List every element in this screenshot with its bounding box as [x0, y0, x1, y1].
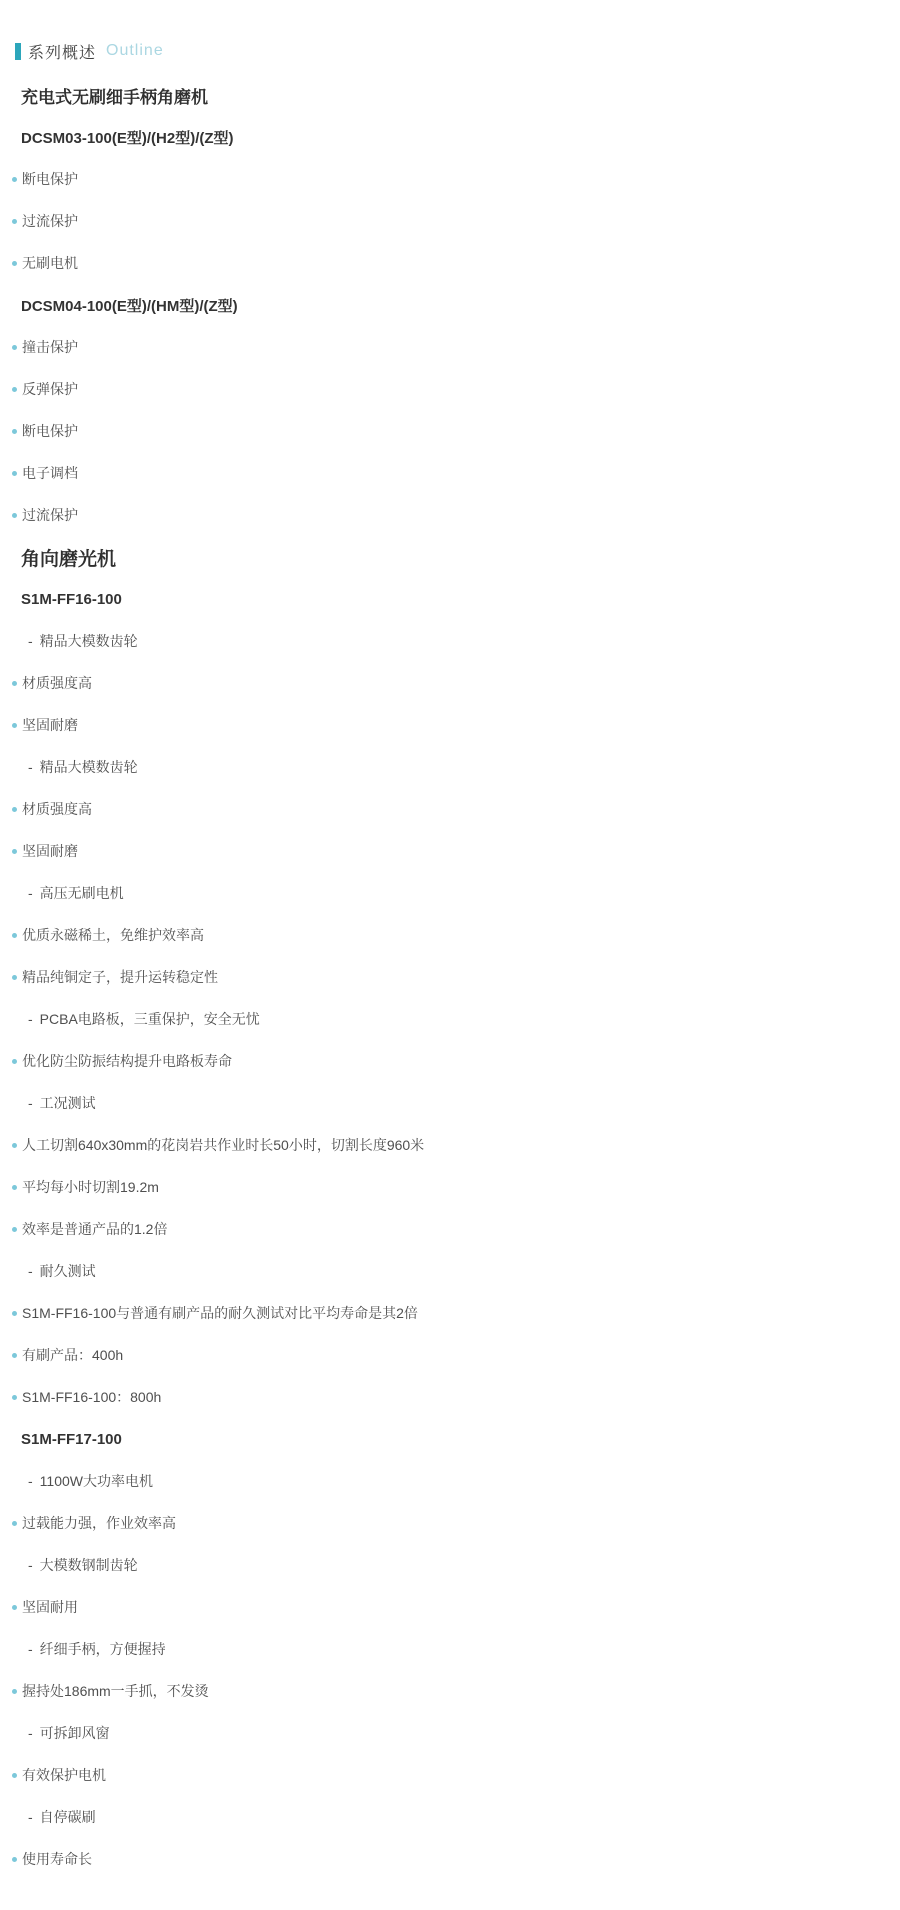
item-text: 电子调档 [22, 463, 78, 483]
item-text: 撞击保护 [22, 337, 78, 357]
item-text: 工况测试 [40, 1093, 96, 1113]
bullet-dot-icon [12, 261, 17, 266]
item-text: 坚固耐用 [22, 1597, 78, 1617]
item-text: 坚固耐磨 [22, 715, 78, 735]
bullet-item: 握持处186mm一手抓，不发烫 [0, 1670, 900, 1712]
item-text: 可拆卸风窗 [40, 1723, 110, 1743]
bullet-item: 材质强度高 [0, 788, 900, 830]
dash-marker: - [28, 1263, 33, 1279]
bullet-item: 材质强度高 [0, 662, 900, 704]
item-text: 精品大模数齿轮 [40, 757, 138, 777]
section-title-cn: 系列概述 [28, 40, 96, 63]
dash-item: -工况测试 [0, 1082, 900, 1124]
dash-marker: - [28, 1641, 33, 1657]
bullet-item: 有刷产品：400h [0, 1334, 900, 1376]
bullet-dot-icon [12, 177, 17, 182]
item-text: 材质强度高 [22, 673, 92, 693]
accent-bar-icon [15, 43, 21, 60]
model-heading: S1M-FF17-100 [0, 1418, 900, 1460]
bullet-dot-icon [12, 1605, 17, 1610]
bullet-dot-icon [12, 1311, 17, 1316]
dash-item: -高压无刷电机 [0, 872, 900, 914]
item-text: 效率是普通产品的1.2倍 [22, 1219, 167, 1239]
bullet-item: 优化防尘防振结构提升电路板寿命 [0, 1040, 900, 1082]
item-text: 自停碳刷 [40, 1807, 96, 1827]
model-heading: DCSM04-100(E型)/(HM型)/(Z型) [0, 284, 900, 326]
item-text: S1M-FF16-100：800h [22, 1387, 161, 1407]
bullet-dot-icon [12, 219, 17, 224]
bullet-dot-icon [12, 681, 17, 686]
item-text: 精品纯铜定子，提升运转稳定性 [22, 967, 218, 987]
item-text: 握持处186mm一手抓，不发烫 [22, 1681, 209, 1701]
bullet-dot-icon [12, 1227, 17, 1232]
item-text: 断电保护 [22, 169, 78, 189]
dash-item: -耐久测试 [0, 1250, 900, 1292]
bullet-item: 过流保护 [0, 494, 900, 536]
bullet-item: 电子调档 [0, 452, 900, 494]
item-text: 优质永磁稀土，免维护效率高 [22, 925, 204, 945]
bullet-item: 断电保护 [0, 158, 900, 200]
bullet-item: 坚固耐用 [0, 1586, 900, 1628]
dash-item: -自停碳刷 [0, 1796, 900, 1838]
dash-marker: - [28, 1473, 33, 1489]
item-text: 无刷电机 [22, 253, 78, 273]
item-text: 精品大模数齿轮 [40, 631, 138, 651]
bullet-item: S1M-FF16-100与普通有刷产品的耐久测试对比平均寿命是其2倍 [0, 1292, 900, 1334]
bullet-dot-icon [12, 1521, 17, 1526]
item-text: 坚固耐磨 [22, 841, 78, 861]
dash-item: -精品大模数齿轮 [0, 746, 900, 788]
item-text: 充电式无刷细手柄角磨机 [21, 83, 208, 108]
dash-marker: - [28, 1095, 33, 1111]
bullet-dot-icon [12, 1395, 17, 1400]
dash-marker: - [28, 1011, 33, 1027]
item-text: 1100W大功率电机 [40, 1471, 153, 1491]
item-text: S1M-FF17-100 [21, 1431, 122, 1448]
bullet-item: 无刷电机 [0, 242, 900, 284]
bullet-dot-icon [12, 1689, 17, 1694]
bullet-item: 断电保护 [0, 410, 900, 452]
item-text: DCSM03-100(E型)/(H2型)/(Z型) [21, 127, 234, 148]
item-text: 有刷产品：400h [22, 1345, 123, 1365]
item-text: 过载能力强，作业效率高 [22, 1513, 176, 1533]
bullet-dot-icon [12, 849, 17, 854]
series-heading: 角向磨光机 [0, 536, 900, 578]
bullet-item: 坚固耐磨 [0, 830, 900, 872]
item-text: 大模数钢制齿轮 [40, 1555, 138, 1575]
bullet-dot-icon [12, 933, 17, 938]
bullet-dot-icon [12, 1185, 17, 1190]
dash-marker: - [28, 759, 33, 775]
bullet-dot-icon [12, 429, 17, 434]
model-heading: S1M-FF16-100 [0, 578, 900, 620]
item-text: 过流保护 [22, 211, 78, 231]
item-text: S1M-FF16-100 [21, 591, 122, 608]
item-text: PCBA电路板，三重保护，安全无忧 [40, 1009, 260, 1029]
item-text: 优化防尘防振结构提升电路板寿命 [22, 1051, 232, 1071]
item-text: 反弹保护 [22, 379, 78, 399]
bullet-dot-icon [12, 975, 17, 980]
item-text: 平均每小时切割19.2m [22, 1177, 159, 1197]
bullet-dot-icon [12, 1773, 17, 1778]
bullet-item: 使用寿命长 [0, 1838, 900, 1880]
item-text: 纤细手柄，方便握持 [40, 1639, 166, 1659]
bullet-item: 人工切割640x30mm的花岗岩共作业时长50小时，切割长度960米 [0, 1124, 900, 1166]
model-heading: DCSM03-100(E型)/(H2型)/(Z型) [0, 116, 900, 158]
dash-item: -大模数钢制齿轮 [0, 1544, 900, 1586]
item-text: 过流保护 [22, 505, 78, 525]
section-title-en: Outline [106, 42, 164, 60]
bullet-item: 过载能力强，作业效率高 [0, 1502, 900, 1544]
bullet-dot-icon [12, 723, 17, 728]
bullet-item: 平均每小时切割19.2m [0, 1166, 900, 1208]
item-text: 材质强度高 [22, 799, 92, 819]
series-overview-page: 系列概述 Outline 充电式无刷细手柄角磨机DCSM03-100(E型)/(… [0, 0, 900, 1910]
dash-item: -PCBA电路板，三重保护，安全无忧 [0, 998, 900, 1040]
bullet-item: 撞击保护 [0, 326, 900, 368]
bullet-item: S1M-FF16-100：800h [0, 1376, 900, 1418]
bullet-item: 效率是普通产品的1.2倍 [0, 1208, 900, 1250]
dash-item: -1100W大功率电机 [0, 1460, 900, 1502]
item-text: 耐久测试 [40, 1261, 96, 1281]
dash-item: -精品大模数齿轮 [0, 620, 900, 662]
dash-marker: - [28, 1557, 33, 1573]
item-text: 角向磨光机 [21, 544, 116, 571]
dash-marker: - [28, 1809, 33, 1825]
bullet-item: 过流保护 [0, 200, 900, 242]
bullet-item: 优质永磁稀土，免维护效率高 [0, 914, 900, 956]
bullet-dot-icon [12, 1143, 17, 1148]
bullet-dot-icon [12, 1353, 17, 1358]
item-text: DCSM04-100(E型)/(HM型)/(Z型) [21, 295, 238, 316]
item-text: 人工切割640x30mm的花岗岩共作业时长50小时，切割长度960米 [22, 1135, 424, 1155]
bullet-item: 有效保护电机 [0, 1754, 900, 1796]
bullet-dot-icon [12, 345, 17, 350]
dash-item: -纤细手柄，方便握持 [0, 1628, 900, 1670]
item-text: 高压无刷电机 [40, 883, 124, 903]
bullet-dot-icon [12, 1857, 17, 1862]
content-list: 充电式无刷细手柄角磨机DCSM03-100(E型)/(H2型)/(Z型)断电保护… [0, 74, 900, 1910]
item-text: 使用寿命长 [22, 1849, 92, 1869]
bullet-dot-icon [12, 1059, 17, 1064]
series-heading: 充电式无刷细手柄角磨机 [0, 74, 900, 116]
dash-marker: - [28, 1725, 33, 1741]
bullet-dot-icon [12, 387, 17, 392]
bullet-dot-icon [12, 807, 17, 812]
item-text: 断电保护 [22, 421, 78, 441]
bullet-dot-icon [12, 471, 17, 476]
bullet-item: 精品纯铜定子，提升运转稳定性 [0, 956, 900, 998]
dash-marker: - [28, 633, 33, 649]
bullet-item: 坚固耐磨 [0, 704, 900, 746]
item-text: 有效保护电机 [22, 1765, 106, 1785]
bullet-item: 反弹保护 [0, 368, 900, 410]
section-header: 系列概述 Outline [0, 0, 900, 60]
dash-marker: - [28, 885, 33, 901]
dash-item: -可拆卸风窗 [0, 1712, 900, 1754]
item-text: S1M-FF16-100与普通有刷产品的耐久测试对比平均寿命是其2倍 [22, 1303, 418, 1323]
bullet-dot-icon [12, 513, 17, 518]
